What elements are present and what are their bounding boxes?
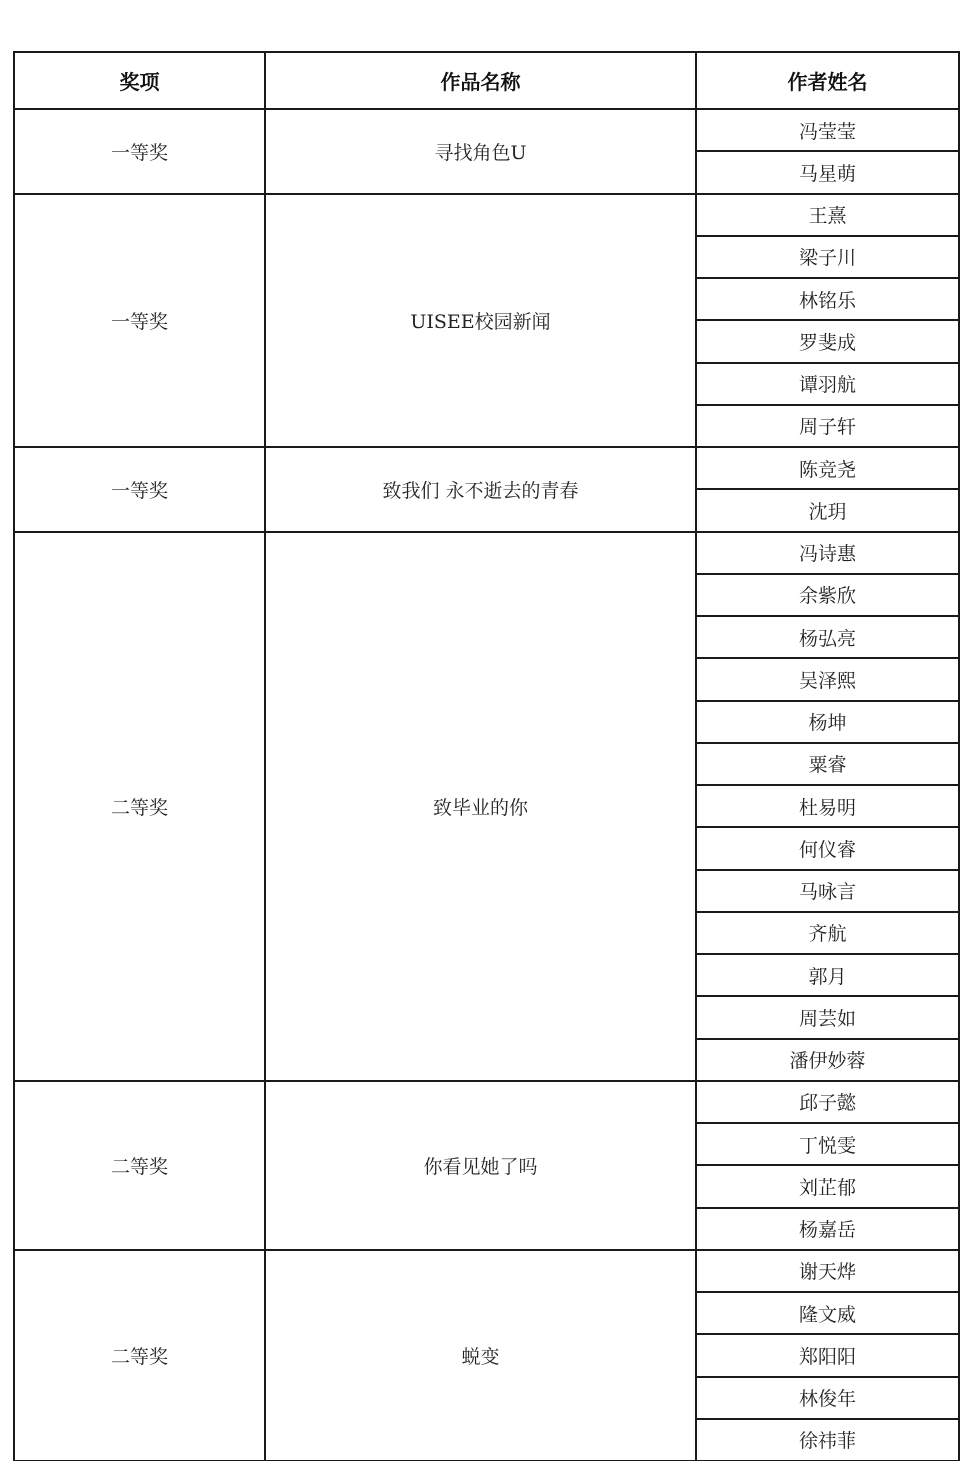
- award-cell: 二等奖: [14, 1250, 265, 1461]
- author-name-cell: 沈玥: [696, 489, 959, 531]
- author-name-cell: 潘伊妙蓉: [696, 1039, 959, 1081]
- award-cell: 二等奖: [14, 1081, 265, 1250]
- author-name-cell: 杨弘亮: [696, 616, 959, 658]
- author-name-cell: 隆文威: [696, 1292, 959, 1334]
- work-title-cell: 蜕变: [265, 1250, 696, 1461]
- work-title-cell: 你看见她了吗: [265, 1081, 696, 1250]
- author-name-cell: 梁子川: [696, 236, 959, 278]
- work-title-cell: 致毕业的你: [265, 532, 696, 1081]
- work-title-cell: 致我们 永不逝去的青春: [265, 447, 696, 532]
- author-name-cell: 杜易明: [696, 785, 959, 827]
- author-name-cell: 齐航: [696, 912, 959, 954]
- author-name-cell: 王熹: [696, 194, 959, 236]
- table-row: 一等奖致我们 永不逝去的青春陈竞尧: [14, 447, 959, 489]
- header-work-title: 作品名称: [265, 52, 696, 109]
- author-name-cell: 吴泽熙: [696, 658, 959, 700]
- table-row: 二等奖你看见她了吗邱子懿: [14, 1081, 959, 1123]
- work-title-cell: 寻找角色U: [265, 109, 696, 194]
- award-cell: 一等奖: [14, 109, 265, 194]
- author-name-cell: 冯莹莹: [696, 109, 959, 151]
- author-name-cell: 林铭乐: [696, 278, 959, 320]
- author-name-cell: 罗斐成: [696, 320, 959, 362]
- table-row: 一等奖寻找角色U冯莹莹: [14, 109, 959, 151]
- header-author-name: 作者姓名: [696, 52, 959, 109]
- author-name-cell: 粟睿: [696, 743, 959, 785]
- table-row: 二等奖致毕业的你冯诗惠: [14, 532, 959, 574]
- table-row: 一等奖UISEE校园新闻王熹: [14, 194, 959, 236]
- author-name-cell: 丁悦雯: [696, 1123, 959, 1165]
- author-name-cell: 周芸如: [696, 996, 959, 1038]
- author-name-cell: 林俊年: [696, 1377, 959, 1419]
- author-name-cell: 冯诗惠: [696, 532, 959, 574]
- table-row: 二等奖蜕变谢天烨: [14, 1250, 959, 1292]
- author-name-cell: 徐祎菲: [696, 1419, 959, 1461]
- award-table: 奖项 作品名称 作者姓名 一等奖寻找角色U冯莹莹马星萌一等奖UISEE校园新闻王…: [13, 51, 960, 1461]
- author-name-cell: 谢天烨: [696, 1250, 959, 1292]
- author-name-cell: 马星萌: [696, 151, 959, 193]
- award-cell: 一等奖: [14, 447, 265, 532]
- author-name-cell: 余紫欣: [696, 574, 959, 616]
- author-name-cell: 陈竞尧: [696, 447, 959, 489]
- award-cell: 一等奖: [14, 194, 265, 448]
- author-name-cell: 马咏言: [696, 870, 959, 912]
- author-name-cell: 刘芷郁: [696, 1165, 959, 1207]
- award-cell: 二等奖: [14, 532, 265, 1081]
- author-name-cell: 郭月: [696, 954, 959, 996]
- author-name-cell: 何仪睿: [696, 827, 959, 869]
- header-award: 奖项: [14, 52, 265, 109]
- work-title-cell: UISEE校园新闻: [265, 194, 696, 448]
- table-body: 一等奖寻找角色U冯莹莹马星萌一等奖UISEE校园新闻王熹梁子川林铭乐罗斐成谭羽航…: [14, 109, 959, 1461]
- author-name-cell: 郑阳阳: [696, 1334, 959, 1376]
- header-row: 奖项 作品名称 作者姓名: [14, 52, 959, 109]
- author-name-cell: 杨坤: [696, 701, 959, 743]
- author-name-cell: 谭羽航: [696, 363, 959, 405]
- author-name-cell: 周子轩: [696, 405, 959, 447]
- author-name-cell: 杨嘉岳: [696, 1208, 959, 1250]
- author-name-cell: 邱子懿: [696, 1081, 959, 1123]
